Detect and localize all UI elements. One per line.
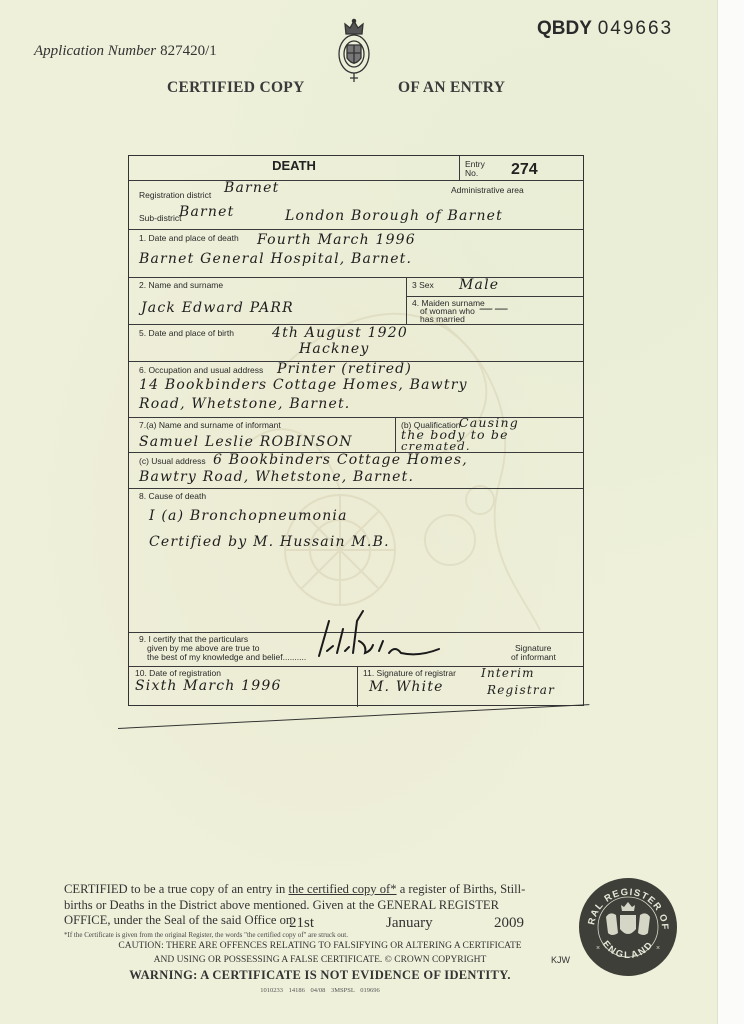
usual-address-line2: Road, Whetstone, Barnet. <box>139 396 350 412</box>
informant-signature <box>309 601 449 663</box>
certification-day: 21st <box>289 915 314 932</box>
certificate-serial-number: QBDY 049663 <box>537 18 673 40</box>
informant-name-label: 7.(a) Name and surname of informant <box>139 420 281 430</box>
caution-line1: CAUTION: THERE ARE OFFENCES RELATING TO … <box>80 940 560 953</box>
entry-number: 274 <box>511 161 538 179</box>
footnote: *If the Certificate is given from the or… <box>64 931 348 939</box>
certification-month: January <box>386 915 433 932</box>
title-of-an-entry: OF AN ENTRY <box>398 79 505 97</box>
maiden-surname-value: —— <box>479 301 509 317</box>
registrar-signature-label: 11. Signature of registrar <box>363 668 456 678</box>
sub-district-value: Barnet <box>179 204 234 220</box>
cause-of-death-line2: Certified by M. Hussain M.B. <box>149 534 390 550</box>
name-surname-value: Jack Edward PARR <box>141 300 294 316</box>
svg-text:×: × <box>656 945 660 952</box>
registrar-title-line1: Interim <box>481 666 535 680</box>
registrar-signature-value: M. White <box>369 679 444 695</box>
serial-number: 049663 <box>598 18 673 39</box>
administrative-area-label: Administrative area <box>451 185 524 195</box>
royal-crest-icon <box>336 18 372 86</box>
place-of-death-value: Barnet General Hospital, Barnet. <box>139 251 412 267</box>
occupation-value: Printer (retired) <box>277 361 412 377</box>
usual-address-line1: 14 Bookbinders Cottage Homes, Bawtry <box>139 377 468 393</box>
date-of-death-value: Fourth March 1996 <box>257 232 416 248</box>
svg-text:×: × <box>596 945 600 952</box>
caution-line2: AND USING OR POSSESSING A FALSE CERTIFIC… <box>80 954 560 967</box>
signature-of-informant-label-line2: of informant <box>511 652 556 662</box>
sex-label: 3 Sex <box>412 280 434 290</box>
application-number-label: Application Number <box>34 43 156 59</box>
application-number-value: 827420/1 <box>160 43 217 59</box>
name-surname-label: 2. Name and surname <box>139 280 223 290</box>
clerk-initials: KJW <box>551 955 570 965</box>
certify-label-line3: the best of my knowledge and belief.....… <box>147 652 306 662</box>
title-certified-copy: CERTIFIED COPY <box>167 79 305 97</box>
registration-district-value: Barnet <box>224 180 279 196</box>
informant-name-value: Samuel Leslie ROBINSON <box>139 434 353 450</box>
cancellation-line <box>118 704 589 729</box>
date-of-birth-value: 4th August 1920 <box>272 325 408 341</box>
identity-warning: WARNING: A CERTIFICATE IS NOT EVIDENCE O… <box>80 968 560 983</box>
date-place-of-death-label: 1. Date and place of death <box>139 233 239 243</box>
form-codes: 1010233 14186 04/08 3MSPSL 019696 <box>80 987 560 994</box>
application-number: Application Number827420/1 <box>34 43 217 60</box>
date-place-of-birth-label: 5. Date and place of birth <box>139 328 234 338</box>
death-entry-form: DEATH Entry No. 274 Registration distric… <box>128 155 584 706</box>
sex-value: Male <box>459 277 499 293</box>
entry-type-heading: DEATH <box>129 158 459 173</box>
registration-district-label: Registration district <box>139 190 211 200</box>
sub-district-label: Sub-district <box>139 213 182 223</box>
certified-copy-of-text: the certified copy of* <box>288 882 396 896</box>
cause-of-death-line1: I (a) Bronchopneumonia <box>149 508 348 524</box>
registrar-title-line2: Registrar <box>487 683 555 697</box>
informant-address-line1: 6 Bookbinders Cottage Homes, <box>213 452 468 468</box>
date-of-registration-value: Sixth March 1996 <box>135 678 282 694</box>
certificate-paper: Application Number827420/1 QBDY 049663 C… <box>0 0 718 1024</box>
place-of-birth-value: Hackney <box>299 341 370 357</box>
entry-no-label-line2: No. <box>465 168 478 178</box>
informant-address-label: (c) Usual address <box>139 456 206 466</box>
qualification-line3: cremated. <box>401 439 471 453</box>
maiden-surname-label-line3: has married <box>420 314 465 324</box>
date-of-registration-label: 10. Date of registration <box>135 668 221 678</box>
certification-year: 2009 <box>494 915 524 932</box>
informant-address-line2: Bawtry Road, Whetstone, Barnet. <box>139 469 414 485</box>
serial-prefix: QBDY <box>537 18 592 39</box>
general-register-office-seal-icon: GENERAL REGISTER OFFICE ENGLAND × × <box>578 877 678 977</box>
occupation-address-label: 6. Occupation and usual address <box>139 365 263 375</box>
cause-of-death-label: 8. Cause of death <box>139 491 206 501</box>
administrative-area-value: London Borough of Barnet <box>285 208 503 224</box>
